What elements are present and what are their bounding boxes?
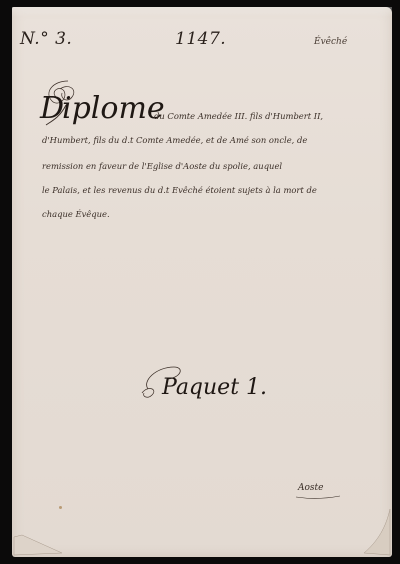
packet-label: Paquet 1. — [162, 375, 267, 400]
document-category: Évêché — [314, 37, 347, 47]
document-number: N.° 3. — [20, 29, 72, 49]
document-reference: 1147. — [175, 29, 226, 49]
document-page: N.° 3. 1147. Évêché D iplome du Comte Am… — [12, 7, 392, 557]
body-line-5: chaque Évêque. — [42, 209, 110, 219]
body-line-2: d'Humbert, fils du d.t Comte Amedée, et … — [42, 135, 307, 145]
curled-corner-icon — [360, 507, 394, 557]
title-initial: D — [40, 91, 64, 126]
place-label: Aoste — [298, 483, 323, 493]
body-line-1: du Comte Amedée III. fils d'Humbert II, — [154, 111, 323, 121]
folded-corner-icon — [12, 533, 72, 557]
document-title: iplome — [62, 91, 165, 126]
body-line-4: le Palais, et les revenus du d.t Evêché … — [42, 185, 317, 195]
body-line-3: remission en faveur de l'Eglise d'Aoste … — [42, 161, 282, 171]
underline-flourish-icon — [294, 493, 344, 501]
paper-stain — [59, 506, 62, 509]
